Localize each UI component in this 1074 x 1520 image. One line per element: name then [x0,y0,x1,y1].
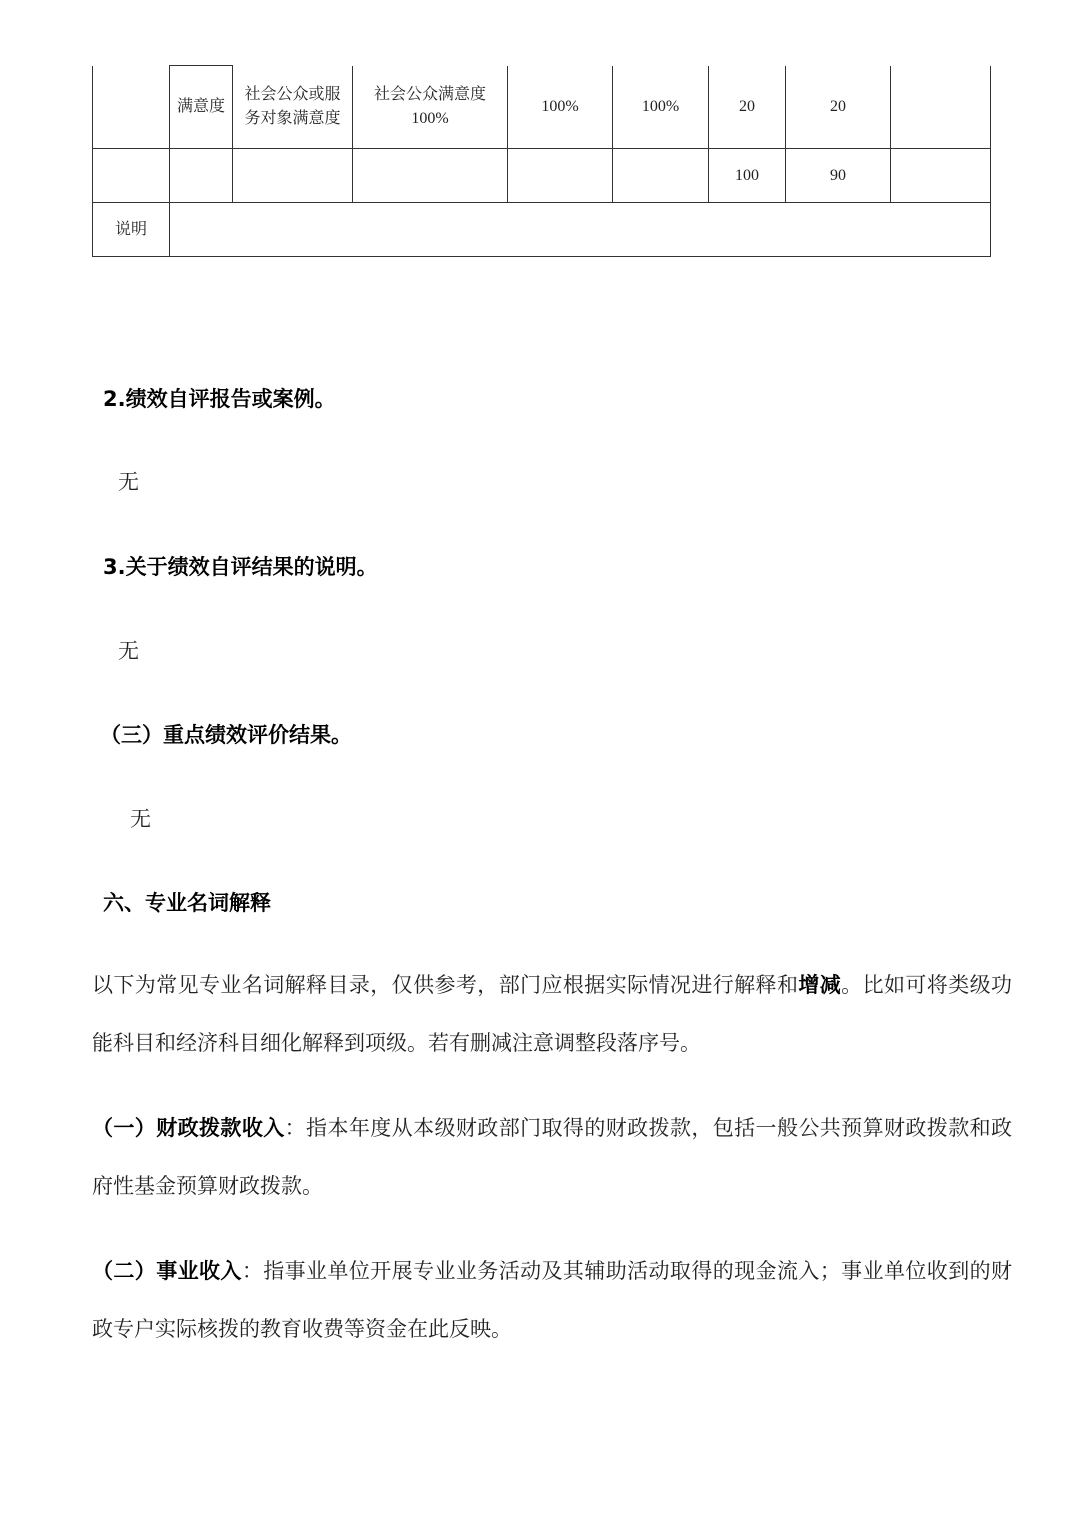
cell-weight-total: 100 [709,149,786,203]
cell-total-col1 [93,149,170,203]
section-three-body: 无 [130,803,1050,833]
term-paragraph-2: （二）事业收入：指事业单位开展专业业务活动及其辅助活动取得的现金流入；事业单位收… [92,1242,1012,1358]
table-row-total: 100 90 [93,149,991,203]
section-six-heading: 六、专业名词解释 [103,887,1023,917]
cell-weight: 20 [709,66,786,149]
cell-note-label: 说明 [93,203,170,257]
cell-total-col2 [170,149,233,203]
cell-total-col4 [353,149,508,203]
section-2-body: 无 [118,466,1038,496]
cell-level1-indicator [93,66,170,149]
section-2-heading: 2.绩效自评报告或案例。 [103,383,1023,413]
cell-indicator-description: 社会公众满意度100% [353,66,508,149]
section-three-heading: （三）重点绩效评价结果。 [100,719,1020,749]
section-3-body: 无 [118,635,1038,665]
cell-total-col3 [233,149,353,203]
cell-total-remark [891,149,991,203]
cell-level3-indicator: 社会公众或服务对象满意度 [233,66,353,149]
cell-actual-value: 100% [613,66,709,149]
performance-table: 满意度 社会公众或服务对象满意度 社会公众满意度100% 100% 100% 2… [92,65,991,257]
cell-remark [891,66,991,149]
intro-paragraph: 以下为常见专业名词解释目录，仅供参考，部门应根据实际情况进行解释和增减。比如可将… [92,956,1012,1072]
cell-total-col6 [613,149,709,203]
term-paragraph-1: （一）财政拨款收入：指本年度从本级财政部门取得的财政拨款，包括一般公共预算财政拨… [92,1099,1012,1215]
cell-target-value: 100% [508,66,613,149]
intro-emphasis: 增减 [798,973,841,997]
cell-score-total: 90 [786,149,891,203]
term-name: （一）财政拨款收入 [92,1116,285,1140]
table-row-satisfaction: 满意度 社会公众或服务对象满意度 社会公众满意度100% 100% 100% 2… [93,66,991,149]
cell-note-content [170,203,991,257]
section-3-heading: 3.关于绩效自评结果的说明。 [103,551,1023,581]
cell-score: 20 [786,66,891,149]
cell-level2-indicator: 满意度 [170,66,233,149]
intro-text-before: 以下为常见专业名词解释目录，仅供参考，部门应根据实际情况进行解释和 [92,973,798,997]
cell-total-col5 [508,149,613,203]
term-name: （二）事业收入 [92,1259,242,1283]
table-row-note: 说明 [93,203,991,257]
performance-table-wrap: 满意度 社会公众或服务对象满意度 社会公众满意度100% 100% 100% 2… [92,65,990,257]
